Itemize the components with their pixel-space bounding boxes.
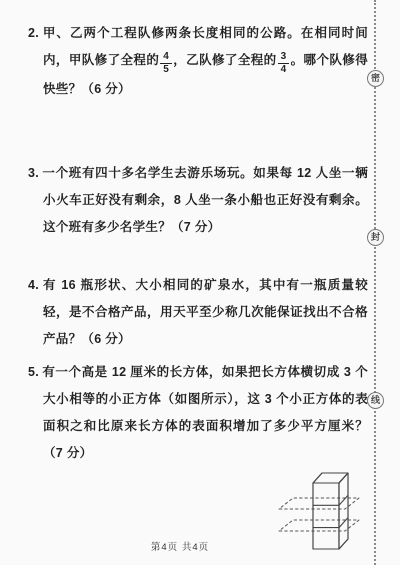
exam-page: 2.甲、乙两个工程队修两条长度相同的公路。在相同时间内，甲队修了全程的45，乙队… — [0, 0, 400, 565]
questions-area: 2.甲、乙两个工程队修两条长度相同的公路。在相同时间内，甲队修了全程的45，乙队… — [28, 20, 368, 563]
question-2-text-part2: ，乙队修了全程的 — [173, 53, 276, 67]
question-3-text: 一个班有四十多名学生去游乐场玩。如果每 12 人坐一辆小火车正好没有剩余，8 人… — [42, 166, 368, 234]
fraction-4-5-numerator: 4 — [160, 52, 172, 65]
fraction-3-4: 34 — [278, 52, 290, 76]
page-footer: 第4页 共4页 — [0, 539, 360, 553]
binding-dotted-line: 密 封 线 — [374, 0, 376, 565]
fraction-4-5-denominator: 5 — [160, 64, 172, 76]
fraction-3-4-denominator: 4 — [278, 64, 290, 76]
question-3: 3.一个班有四十多名学生去游乐场玩。如果每 12 人坐一辆小火车正好没有剩余，8… — [28, 160, 368, 272]
seal-mark-1: 密 — [367, 70, 384, 87]
question-5: 5.有一个高是 12 厘米的长方体，如果把长方体横切成 3 个大小相等的小正方体… — [28, 359, 368, 467]
question-2-number: 2. — [28, 26, 42, 40]
question-2: 2.甲、乙两个工程队修两条长度相同的公路。在相同时间内，甲队修了全程的45，乙队… — [28, 20, 368, 160]
seal-mark-3: 线 — [367, 392, 384, 409]
question-3-number: 3. — [28, 166, 42, 180]
question-5-number: 5. — [28, 365, 42, 379]
fraction-4-5: 45 — [160, 52, 172, 76]
question-4-number: 4. — [28, 278, 42, 292]
fraction-3-4-numerator: 3 — [278, 52, 290, 65]
question-5-text: 有一个高是 12 厘米的长方体，如果把长方体横切成 3 个大小相等的小正方体（如… — [42, 365, 368, 460]
question-4-text: 有 16 瓶形状、大小相同的矿泉水，其中有一瓶质量较轻，是不合格产品，用天平至少… — [42, 278, 368, 346]
seal-mark-2: 封 — [367, 229, 384, 246]
question-4: 4.有 16 瓶形状、大小相同的矿泉水，其中有一瓶质量较轻，是不合格产品，用天平… — [28, 272, 368, 359]
